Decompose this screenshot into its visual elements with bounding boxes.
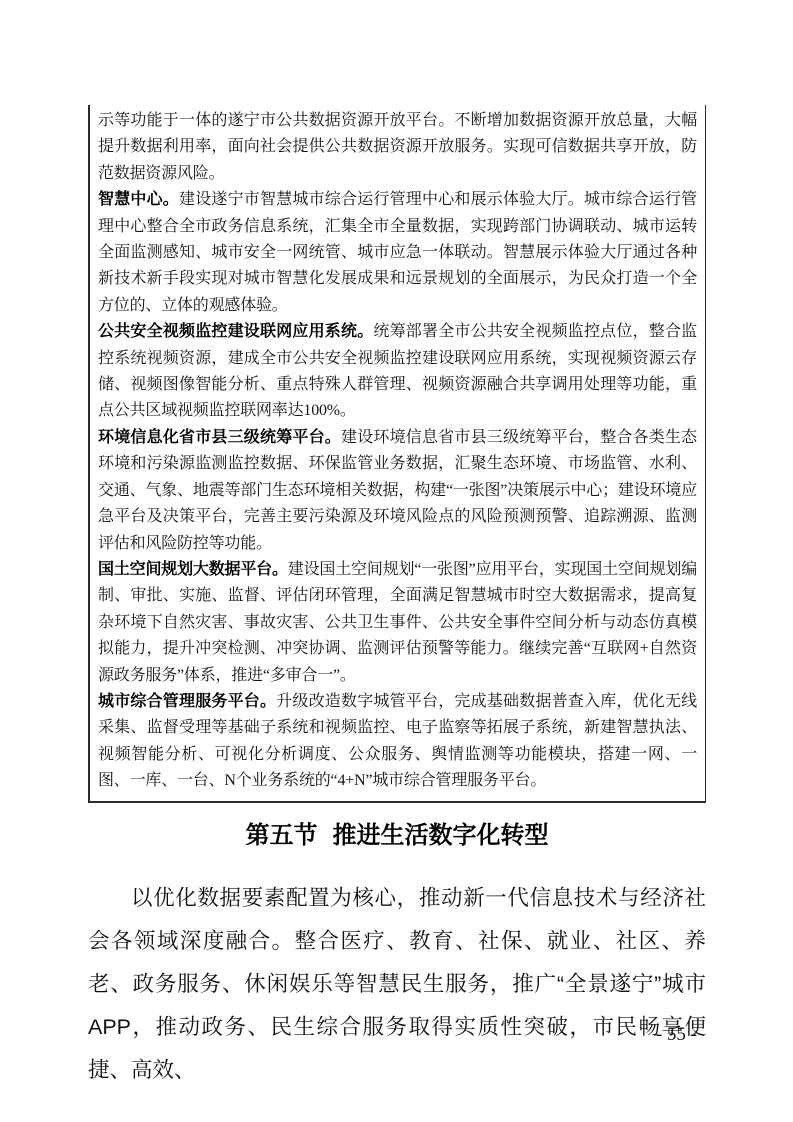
paragraph-lead: 环境信息化省市县三级统筹平台。 bbox=[98, 429, 341, 446]
box-paragraph: 示等功能于一体的遂宁市公共数据资源开放平台。不断增加数据资源开放总量，大幅提升数… bbox=[98, 108, 697, 187]
paragraph-lead: 城市综合管理服务平台。 bbox=[98, 693, 276, 710]
paragraph-lead: 智慧中心。 bbox=[98, 191, 179, 208]
box-paragraph: 环境信息化省市县三级统筹平台。建设环境信息省市县三级统筹平台，整合各类生态环境和… bbox=[98, 425, 697, 557]
document-page: 示等功能于一体的遂宁市公共数据资源开放平台。不断增加数据资源开放总量，大幅提升数… bbox=[0, 0, 793, 1122]
box-paragraph: 智慧中心。建设遂宁市智慧城市综合运行管理中心和展示体验大厅。城市综合运行管理中心… bbox=[98, 187, 697, 319]
section-body-paragraph: 以优化数据要素配置为核心，推动新一代信息技术与经济社会各领域深度融合。整合医疗、… bbox=[88, 877, 706, 1092]
bordered-text-box: 示等功能于一体的遂宁市公共数据资源开放平台。不断增加数据资源开放总量，大幅提升数… bbox=[88, 105, 706, 803]
paragraph-lead: 国土空间规划大数据平台。 bbox=[98, 561, 288, 578]
paragraph-text: 建设国土空间规划“一张图”应用平台，实现国土空间规划编制、审批、实施、监督、评估… bbox=[98, 561, 697, 684]
page-number: - 55 - bbox=[656, 1024, 697, 1046]
paragraph-lead: 公共安全视频监控建设联网应用系统。 bbox=[98, 323, 373, 340]
box-paragraph: 国土空间规划大数据平台。建设国土空间规划“一张图”应用平台，实现国土空间规划编制… bbox=[98, 557, 697, 689]
section-heading: 第五节 推进生活数字化转型 bbox=[88, 821, 706, 851]
paragraph-text: 建设遂宁市智慧城市综合运行管理中心和展示体验大厅。城市综合运行管理中心整合全市政… bbox=[98, 191, 697, 314]
paragraph-text: 示等功能于一体的遂宁市公共数据资源开放平台。不断增加数据资源开放总量，大幅提升数… bbox=[98, 112, 697, 182]
page-content: 示等功能于一体的遂宁市公共数据资源开放平台。不断增加数据资源开放总量，大幅提升数… bbox=[88, 0, 706, 1092]
box-paragraph: 公共安全视频监控建设联网应用系统。统筹部署全市公共安全视频监控点位，整合监控系统… bbox=[98, 319, 697, 425]
box-paragraph: 城市综合管理服务平台。升级改造数字城管平台，完成基础数据普查入库，优化无线采集、… bbox=[98, 689, 697, 795]
paragraph-text: 建设环境信息省市县三级统筹平台，整合各类生态环境和污染源监测监控数据、环保监管业… bbox=[98, 429, 697, 552]
